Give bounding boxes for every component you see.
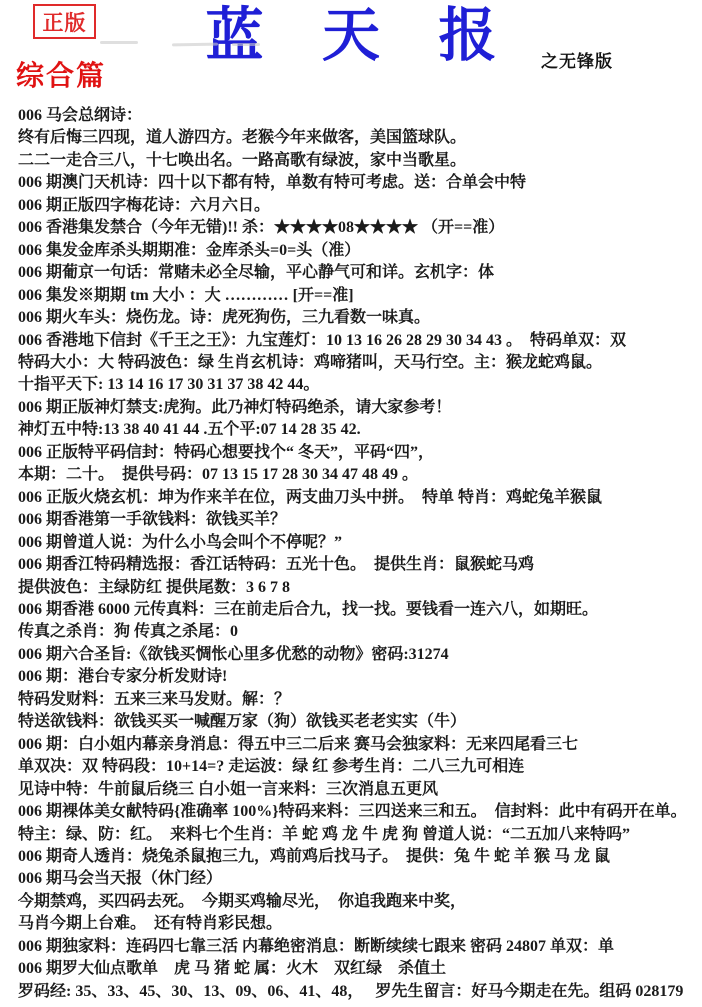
text-line: 006 集发金库杀头期期准：金库杀头=0=头（准） (18, 240, 698, 262)
tips-text-block: 006 马会总纲诗：终有后悔三四现，道人游四方。老猴今年来做客，美国篮球队。二二… (18, 105, 698, 1003)
edition-label: 之无锋版 (541, 47, 613, 72)
text-line: 006 期罗大仙点歌单 虎 马 猪 蛇 属：火木 双红绿 杀值土 (18, 958, 698, 980)
text-line: 神灯五中特:13 38 40 41 44 .五个平:07 14 28 35 42… (18, 419, 698, 441)
text-line: 见诗中特：牛前鼠后绕三 白小姐一言来料：三次消息五更风 (18, 779, 698, 801)
newspaper-page: 正版 蓝 天 报 之无锋版 综合篇 006 马会总纲诗：终有后悔三四现，道人游四… (0, 0, 702, 1007)
text-line: 006 期香港第一手欲钱料：欲钱买羊？ (18, 509, 698, 531)
text-line: 006 期：白小姐内幕亲身消息：得五中三二后来 赛马会独家料：无来四尾看三七 (18, 734, 698, 756)
text-line: 今期禁鸡，买四码去死。 今期买鸡输尽光， 你追我跑来中奖， (18, 891, 698, 913)
text-line: 006 期六合圣旨:《欲钱买惆怅心里多优愁的动物》密码:31274 (18, 644, 698, 666)
text-line: 006 期曾道人说：为什么小鸟会叫个不停呢？” (18, 532, 698, 554)
section-heading: 综合篇 (16, 54, 106, 94)
text-line: 006 期奇人透肖：烧兔杀鼠抱三九，鸡前鸡后找马子。 提供：兔 牛 蛇 羊 猴 … (18, 846, 698, 868)
text-line: 十指平天下: 13 14 16 17 30 31 37 38 42 44。 (18, 374, 698, 396)
text-line: 006 期独家料：连码四七靠三活 内幕绝密消息：断断续续七跟来 密码 24807… (18, 936, 698, 958)
text-line: 本期：二十。 提供号码：07 13 15 17 28 30 34 47 48 4… (18, 464, 698, 486)
text-line: 006 期正版四字梅花诗：六月六日。 (18, 195, 698, 217)
text-line: 006 期裸体美女献特码{准确率 100%}特码来料：三四送来三和五。 信封料：… (18, 801, 698, 823)
scan-artifact (100, 41, 138, 44)
text-line: 006 正版特平码信封：特码心想要找个“ 冬天”，平码“四”， (18, 442, 698, 464)
text-line: 006 期马会当天报（休门经） (18, 868, 698, 890)
text-line: 提供波色：主绿防红 提供尾数：3 6 7 8 (18, 577, 698, 599)
text-line: 传真之杀肖：狗 传真之杀尾：0 (18, 621, 698, 643)
text-line: 罗码经: 35、33、45、30、13、09、06、41、48， 罗先生留言：好… (18, 981, 698, 1003)
text-line: 006 集发※期期 tm 大小 ：大 ………… [开==准] (18, 285, 698, 307)
text-line: 终有后悔三四现，道人游四方。老猴今年来做客，美国篮球队。 (18, 127, 698, 149)
text-line: 特码大小：大 特码波色：绿 生肖玄机诗：鸡啼猪叫，天马行空。主：猴龙蛇鸡鼠。 (18, 352, 698, 374)
text-line: 006 期正版神灯禁支:虎狗。此乃神灯特码绝杀，请大家参考！ (18, 397, 698, 419)
text-line: 特主：绿、防：红。 来料七个生肖：羊 蛇 鸡 龙 牛 虎 狗 曾道人说：“二五加… (18, 824, 698, 846)
text-line: 006 期香江特码精选报：香江话特码：五光十色。 提供生肖：鼠猴蛇马鸡 (18, 554, 698, 576)
text-line: 006 期葡京一句话：常赌未必全尽输，平心静气可和详。玄机字：体 (18, 262, 698, 284)
text-line: 006 期澳门天机诗：四十以下都有特，单数有特可考虑。送：合单会中特 (18, 172, 698, 194)
text-line: 006 期香港 6000 元传真料：三在前走后合九，找一找。要钱看一连六八，如期… (18, 599, 698, 621)
text-line: 006 香港集发禁合（今年无错)!! 杀：★★★★08★★★★ （开==准） (18, 217, 698, 239)
text-line: 特送欲钱料：欲钱买买一喊醒万家（狗）欲钱买老老实实（牛） (18, 711, 698, 733)
text-line: 006 期火车头：烧伤龙。诗：虎死狗伤，三九看数一味真。 (18, 307, 698, 329)
text-line: 006 期：港台专家分析发财诗! (18, 666, 698, 688)
text-line: 特码发财料：五来三来马发财。解：？ (18, 689, 698, 711)
scan-artifact (232, 43, 260, 46)
text-line: 单双决：双 特码段：10+14=? 走运波：绿 红 参考生肖：二八三九可相连 (18, 756, 698, 778)
text-line: 006 正版火烧玄机：坤为作来羊在位，两支曲刀头中拼。 特单 特肖：鸡蛇兔羊猴鼠 (18, 487, 698, 509)
text-line: 二二一走合三八，十七唤出名。一路高歌有绿波，家中当歌星。 (18, 150, 698, 172)
text-line: 马肖今期上台难。 还有特肖彩民想。 (18, 913, 698, 935)
text-line: 006 香港地下信封《千王之王》：九宝莲灯：10 13 16 26 28 29 … (18, 330, 698, 352)
text-line: 006 马会总纲诗： (18, 105, 698, 127)
